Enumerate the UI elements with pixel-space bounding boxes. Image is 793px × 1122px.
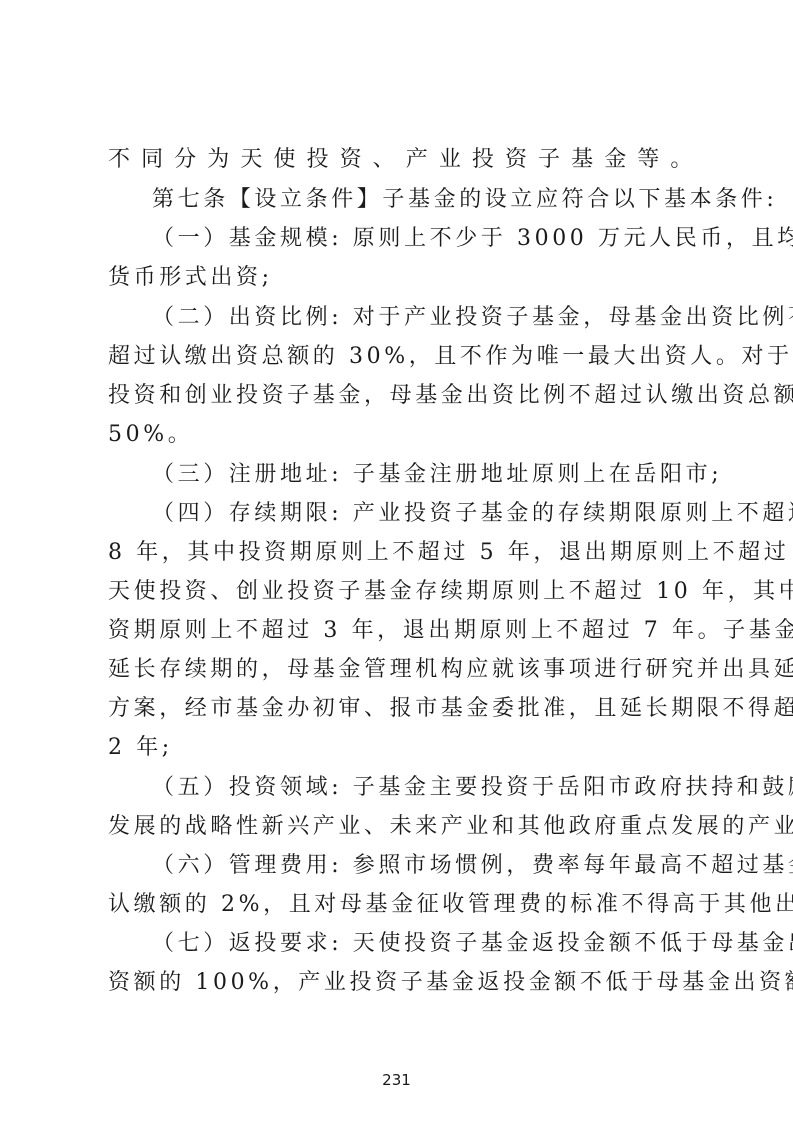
text-line: 不同分为天使投资、产业投资子基金等。	[108, 145, 696, 175]
text-line: 发展的战略性新兴产业、未来产业和其他政府重点发展的产业;	[108, 812, 696, 842]
text-line: （七）返投要求: 天使投资子基金返投金额不低于母基金出	[152, 929, 696, 959]
text-line: 方案，经市基金办初审、报市基金委批准，且延长期限不得超过	[108, 694, 696, 724]
text-line: 认缴额的 2%，且对母基金征收管理费的标准不得高于其他出资人。	[108, 890, 696, 920]
text-line: （四）存续期限: 产业投资子基金的存续期限原则上不超过	[152, 499, 696, 529]
text-line: （六）管理费用: 参照市场惯例，费率每年最高不超过基金	[152, 851, 696, 881]
text-line: 50%。	[108, 420, 696, 450]
article-heading: 第七条【设立条件】子基金的设立应符合以下基本条件:	[152, 185, 696, 215]
text-line: 延长存续期的，母基金管理机构应就该事项进行研究并出具延期	[108, 655, 696, 685]
text-line: （五）投资领域: 子基金主要投资于岳阳市政府扶持和鼓励	[152, 773, 696, 803]
text-line: 2 年;	[108, 733, 696, 763]
text-line: 资额的 100%，产业投资子基金返投金额不低于母基金出资额的	[108, 968, 696, 998]
document-page: 不同分为天使投资、产业投资子基金等。 第七条【设立条件】子基金的设立应符合以下基…	[0, 0, 793, 1122]
text-line: 投资和创业投资子基金，母基金出资比例不超过认缴出资总额的	[108, 381, 696, 411]
text-line: 资期原则上不超过 3 年，退出期原则上不超过 7 年。子基金确需	[108, 616, 696, 646]
text-line: 8 年，其中投资期原则上不超过 5 年，退出期原则上不超过 3 年;	[108, 538, 696, 568]
text-line: （二）出资比例: 对于产业投资子基金，母基金出资比例不	[152, 303, 696, 333]
text-line: （一）基金规模: 原则上不少于 3000 万元人民币，且均以	[152, 224, 696, 254]
page-number: 231	[0, 1071, 793, 1089]
text-line: 货币形式出资;	[108, 263, 696, 293]
text-line: （三）注册地址: 子基金注册地址原则上在岳阳市;	[152, 460, 696, 490]
text-line: 超过认缴出资总额的 30%，且不作为唯一最大出资人。对于天使	[108, 342, 696, 372]
text-line: 天使投资、创业投资子基金存续期原则上不超过 10 年，其中投	[108, 577, 696, 607]
